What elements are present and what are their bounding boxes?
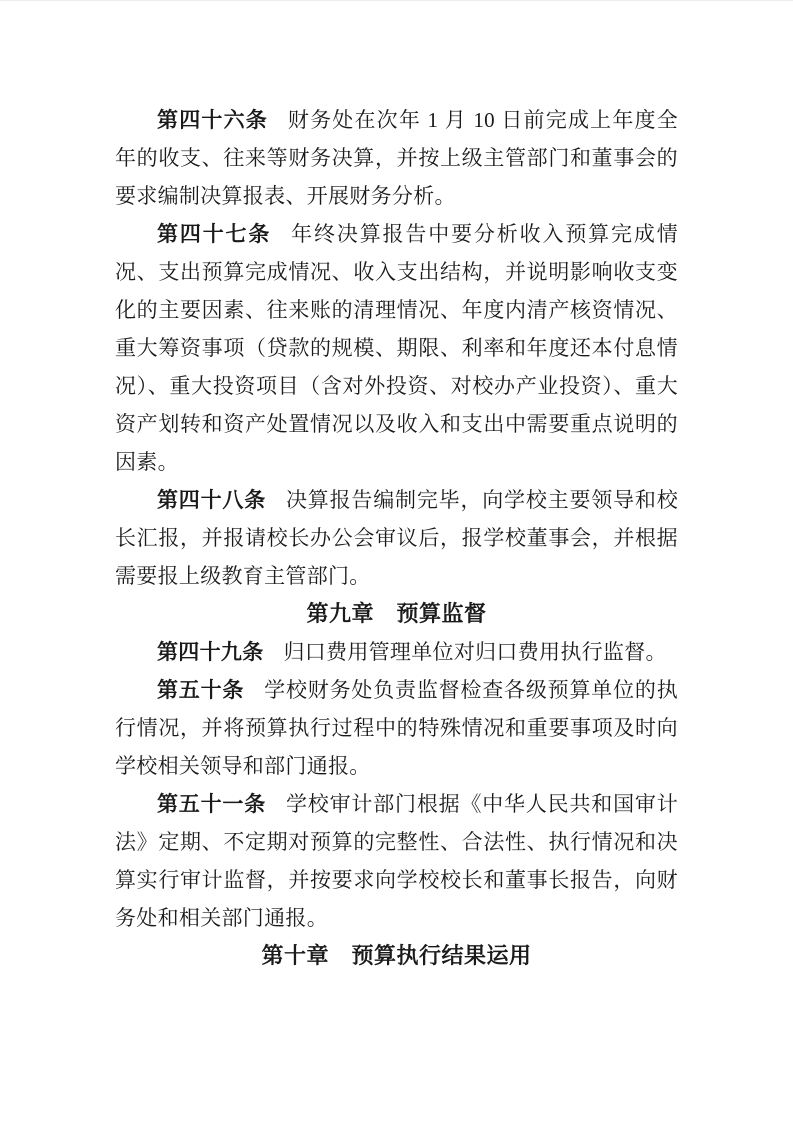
article-51-paragraph: 第五十一条学校审计部门根据《中华人民共和国审计法》定期、不定期对预算的完整性、合… [115, 785, 678, 937]
article-48-number: 第四十八条 [157, 488, 266, 512]
article-48-paragraph: 第四十八条决算报告编制完毕，向学校主要领导和校长汇报，并报请校长办公会审议后，报… [115, 481, 678, 595]
article-49-paragraph: 第四十九条归口费用管理单位对归口费用执行监督。 [115, 633, 678, 671]
article-49-number: 第四十九条 [157, 640, 264, 664]
article-47-number: 第四十七条 [157, 222, 271, 246]
article-47-text: 年终决算报告中要分析收入预算完成情况、支出预算完成情况、收入支出结构，并说明影响… [115, 222, 678, 474]
article-50-paragraph: 第五十条学校财务处负责监督检查各级预算单位的执行情况，并将预算执行过程中的特殊情… [115, 671, 678, 785]
document-body: 第四十六条财务处在次年 1 月 10 日前完成上年度全年的收支、往来等财务决算，… [115, 101, 678, 975]
article-46-paragraph: 第四十六条财务处在次年 1 月 10 日前完成上年度全年的收支、往来等财务决算，… [115, 101, 678, 215]
article-49-text: 归口费用管理单位对归口费用执行监督。 [283, 640, 666, 664]
chapter-9-heading: 第九章 预算监督 [115, 595, 678, 633]
document-page: { "page": { "background": "#ffffff", "te… [0, 0, 793, 1122]
article-50-number: 第五十条 [157, 678, 244, 702]
chapter-10-heading: 第十章 预算执行结果运用 [115, 937, 678, 975]
article-47-paragraph: 第四十七条年终决算报告中要分析收入预算完成情况、支出预算完成情况、收入支出结构，… [115, 215, 678, 481]
article-46-number: 第四十六条 [157, 108, 268, 132]
article-51-number: 第五十一条 [157, 792, 266, 816]
